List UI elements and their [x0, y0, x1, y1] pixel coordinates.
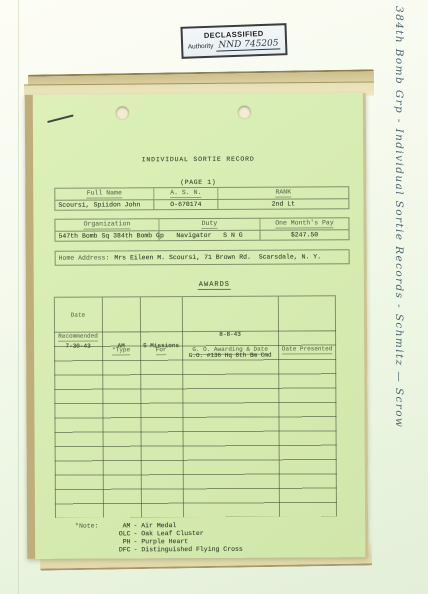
declassified-stamp: DECLASSIFIED Authority NND 745205: [180, 23, 287, 59]
full-name-header: Full Name: [55, 188, 153, 200]
home-address-value: Mrs Eileen M. Scoursi, 71 Brown Rd. Scar…: [114, 253, 321, 261]
full-name-value: Scoursi, Spiidon John: [55, 200, 153, 210]
asn-value: O-670174: [153, 200, 218, 209]
footnote-abbr: OLC: [104, 530, 130, 538]
home-address-row: Home Address: Mrs Eileen M. Scoursi, 71 …: [55, 249, 350, 266]
info-table-organization: Organization Duty One Month's Pay 547th …: [54, 217, 349, 242]
footnote-label: *Note:: [75, 523, 99, 555]
duty-header: Duty: [158, 219, 260, 231]
rank-header: RANK: [218, 187, 348, 199]
scanned-document-background: 384th Bomb Grp - Individual Sortie Recor…: [0, 0, 428, 594]
awards-table: Date Recommended *Type For G. O. Awardin…: [54, 295, 337, 517]
duty-value: Navigator S N G: [159, 231, 261, 241]
pay-header: One Month's Pay: [260, 218, 348, 230]
punch-hole-right: [238, 106, 251, 119]
rank-value: 2nd Lt: [218, 199, 348, 209]
footnote-abbr: AM: [104, 522, 130, 530]
stamp-authority-value: NND 745205: [216, 38, 281, 51]
footnote-name: - Air Medal: [133, 522, 176, 530]
awards-header-row: Date Recommended *Type For G. O. Awardin…: [54, 296, 336, 317]
info-table-identity: Full Name A. S. N. RANK Scoursi, Spiidon…: [54, 186, 349, 211]
awards-heading: AWARDS: [34, 272, 364, 298]
punch-hole-left: [116, 106, 129, 119]
footnote-name: - Purple Heart: [134, 538, 189, 546]
stamp-authority-label: Authority: [188, 43, 214, 51]
footnote-abbr: PH: [105, 538, 131, 546]
pen-mark: [47, 114, 74, 123]
asn-header: A. S. N.: [153, 188, 218, 199]
margin-handwriting-note: 384th Bomb Grp - Individual Sortie Recor…: [393, 6, 405, 590]
organization-value: 547th Bomb Sq 384th Bomb Gp: [56, 231, 159, 241]
pay-value: $247.50: [261, 230, 349, 239]
document-title: INDIVIDUAL SORTIE RECORD: [33, 155, 363, 164]
footnote: *Note: AM - Air Medal OLC - Oak Leaf Clu…: [75, 522, 243, 555]
document-page: INDIVIDUAL SORTIE RECORD (PAGE 1) Full N…: [25, 93, 368, 559]
footnote-item: DFC - Distinguished Flying Cross: [105, 546, 243, 555]
footnote-name: - Distinguished Flying Cross: [134, 546, 243, 555]
awards-empty-rows: [54, 331, 337, 517]
backing-fold-line: [18, 0, 19, 594]
organization-header: Organization: [55, 219, 158, 231]
home-address-label: Home Address:: [59, 254, 110, 261]
footnote-abbr: DFC: [105, 546, 131, 554]
